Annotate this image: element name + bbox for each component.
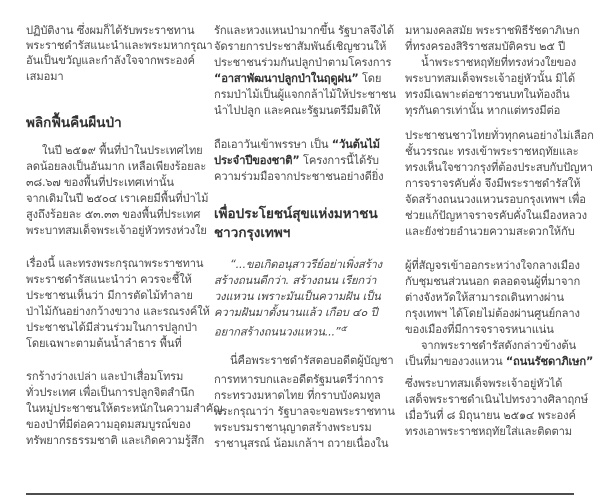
text-line: ทรงเห็นใจชาวกรุงที่ต้องประสบกับปัญหา [405,160,593,175]
text-line: มหามงคลสมัย พระราชพิธีรัชดาภิเษก [405,23,579,38]
text-line: รักและหวงแหนป่ามากขึ้น รัฐบาลจึงได้ [214,23,394,38]
text-line: ประชาชนเห็นว่า มีการตัดไม้ทำลาย [26,288,193,303]
quote-line: สร้างถนนดีกว่า. สร้างถนน เรียกว่า [214,273,376,288]
text-line: การจราจรคับคั่ง จึงมีพระราชดำรัสให้ [405,176,580,191]
section-heading: ชาวกรุงเทพฯ [214,224,290,242]
text-line: น้ำพระราชหฤทัยที่ทรงห่วงใยของ [405,55,576,70]
text-line: ๓๘.๖๗ ของพื้นที่ประเทศเท่านั้น [26,175,174,190]
text-line: รกร้างว่างเปล่า และป่าเสื่อมโทรม [26,369,183,384]
text-line: ลดน้อยลงเป็นอันมาก เหลือเพียงร้อยละ [26,159,206,174]
text-line: ราชานุสรณ์ น้อมเกล้าฯ ถวายเนื่องใน [214,436,388,451]
text-line: ซึ่งพระบาทสมเด็จพระเจ้าอยู่หัวได้ [405,376,562,391]
text-line: เสมอมา [26,69,64,84]
text-line: ผู้ที่สัญจรเข้าออกระหว่างใจกลางเมือง [405,258,580,273]
text-line: นำไปปลูก และคณะรัฐมนตรีมีมติให้ [214,103,381,118]
bottom-rule-divider [26,493,574,495]
quote-line: “...ขอเกิดอนุสาวรีย์อย่าเพิ่งสร้าง [214,257,382,272]
section-heading: เพื่อประโยชน์สุขแห่งมหาชน [214,205,378,223]
text-line: เสด็จพระราชดำเนินไปทรงวางศิลาฤกษ์ [405,392,588,407]
quote-line: วงแหวน เพราะมันเป็นความฝัน เป็น [214,289,381,304]
text-line: พระราชดำรัสแนะนำว่า ควรจะชี้ให้ [26,272,192,287]
text-line: ต่างจังหวัดให้สามารถเดินทางผ่าน [405,290,564,305]
text-line: นี่คือพระราชดำรัสตอบอดีตผู้บัญชา [214,353,393,368]
text-line: จัดรายการประชาสัมพันธ์เชิญชวนให้ [214,39,386,54]
text-fragment: เป็นที่มาของวงแหวน [405,355,506,368]
road-name: “ถนนรัชดาภิเษก” [506,355,593,368]
text-line: ประชาชนชาวไทยทั่วทุกคนอย่างไม่เลือก [405,128,594,143]
text-line: พระกรุณาว่า รัฐบาลจะขอพระราชทาน [214,404,395,419]
text-line: ในหมู่ประชาชนให้ตระหนักในความสำคัญ [26,401,222,416]
text-fragment: โครงการนี้ได้รับ [300,154,379,167]
text-line: ทรงมีเฉพาะต่อชาวชนบทในท้องถิ่น [405,87,570,102]
text-line: ปฏิบัติงาน ซึ่งผมก็ได้รับพระราชทาน [26,23,194,38]
text-line: พระราชดำรัสแนะนำและพระมหากรุณา [26,38,213,53]
text-line: กระทรวงมหาดไทย ที่กราบบังคมทูล [214,388,381,403]
text-line: ถือเอาวันเข้าพรรษา เป็น “วันต้นไม้ [214,137,380,152]
text-line: ความร่วมมือจากประชาชนอย่างดียิ่ง [214,169,383,184]
text-line: ประจำปีของชาติ” โครงการนี้ได้รับ [214,153,379,168]
quote-line: ความฝันมาตั้งนานแล้ว เกือบ ๔๐ ปี [214,305,378,320]
text-line: ทุรกันดารเท่านั้น หากแต่ทรงมีต่อ [405,103,560,118]
text-line: เป็นที่มาของวงแหวน “ถนนรัชดาภิเษก” [405,354,593,369]
text-line: กับชุมชนส่วนนอก ตลอดจนผู้ที่มาจาก [405,274,580,289]
text-line: และยังช่วยอำนวยความสะดวกให้กับ [405,224,575,239]
text-line: กรมป่าไม้เป็นผู้แจกกล้าไม้ให้ประชาชน [214,87,396,102]
text-line: “อาสาพัฒนาปลูกป่าในฤดูฝน” โดย [214,71,381,86]
day-name: “วันต้นไม้ [332,138,380,151]
quote-line: อยากสร้างถนนวงแหวน...”๕ [214,321,346,336]
text-line: อันเป็นขวัญและกำลังใจจากพระองค์ [26,53,195,68]
footnote-marker: ๕ [341,324,347,333]
text-line: ทั่วประเทศ เพื่อเป็นการปลูกจิตสำนึก [26,385,194,400]
text-line: กรุงเทพฯ ได้โดยไม่ต้องผ่านศูนย์กลาง [405,306,580,321]
text-line: จากพระราชดำรัสดังกล่าวข้างต้น [405,338,576,353]
text-line: ชั้นวรรณะ ทรงเข้าพระราชหฤทัยและ [405,144,578,159]
project-name: “อาสาพัฒนาปลูกป่าในฤดูฝน” [214,72,359,85]
text-line: โดยเฉพาะตามต้นน้ำลำธาร พื้นที่ [26,336,182,351]
text-fragment: ถือเอาวันเข้าพรรษา เป็น [214,138,332,151]
text-line: ทรงเอาพระราชหฤทัยใส่และติดตาม [405,424,572,439]
text-line: เมื่อวันที่ ๘ มิถุนายน ๒๕๑๔ พระองค์ [405,408,576,423]
day-name: ประจำปีของชาติ” [214,154,300,167]
text-line: ประชาชนได้มีส่วนร่วมในการปลูกป่า [26,320,197,335]
text-line: การทหารบกและอดีตรัฐมนตรีว่าการ [214,372,384,387]
text-line: สูงถึงร้อยละ ๕๓.๓๓ ของพื้นที่ประเทศ [26,207,200,222]
section-heading: พลิกฟื้นคืนผืนป่า [26,114,122,132]
text-line: ทรัพยากรธรรมชาติ และเกิดความรู้สึก [26,433,204,448]
text-line: ที่ทรงครองสิริราชสมบัติครบ ๒๕ ปี [405,39,565,54]
text-line: พระบาทสมเด็จพระเจ้าอยู่หัวนั้น มิได้ [405,71,575,86]
text-line: ประชาชนร่วมกันปลูกป่าตามโครงการ [214,55,391,70]
text-line: จัดสร้างถนนวงแหวนรอบกรุงเทพฯ เพื่อ [405,192,586,207]
text-line: จากเดิมในปี ๒๕๐๔ เราเคยมีพื้นที่ป่าไม้ [26,191,208,206]
text-line: เรื่องนี้ และทรงพระกรุณาพระราชทาน [26,256,203,271]
text-fragment: โดย [359,72,382,85]
text-line: ของเมืองที่มีการจราจรหนาแน่น [405,322,554,337]
text-line: ในปี ๒๕๑๙ พื้นที่ป่าในประเทศไทย [26,143,203,158]
quote-text: อยากสร้างถนนวงแหวน...” [214,326,341,339]
text-line: ช่วยแก้ปัญหาจราจรคับคั่งในเมืองหลวง [405,208,587,223]
text-line: พระบรมราชานุญาตสร้างพระบรม [214,420,372,435]
text-line: ป่าไม้กันอย่างกว้างขวาง และรณรงค์ให้ [26,304,210,319]
text-line: พระบาทสมเด็จพระเจ้าอยู่หัวทรงห่วงใย [26,223,207,238]
text-line: ของป่าที่มีต่อความอุดมสมบูรณ์ของ [26,417,191,432]
